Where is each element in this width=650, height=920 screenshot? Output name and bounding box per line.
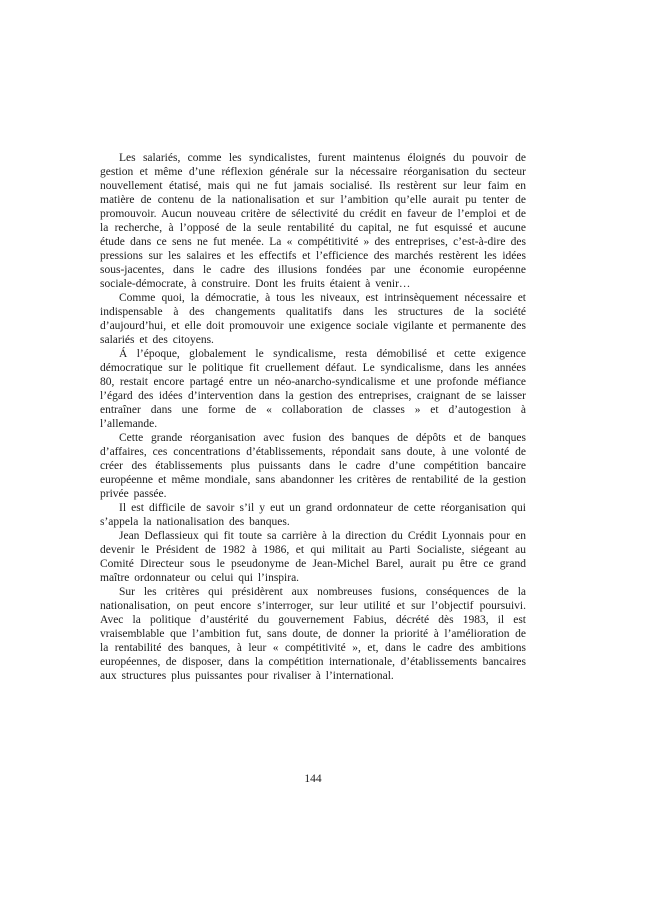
paragraph: Cette grande réorganisation avec fusion … — [100, 431, 526, 501]
paragraph: Á l’époque, globalement le syndicalisme,… — [100, 347, 526, 431]
paragraph: Comme quoi, la démocratie, à tous les ni… — [100, 291, 526, 347]
document-page: Les salariés, comme les syndicalistes, f… — [0, 0, 650, 920]
paragraph: Les salariés, comme les syndicalistes, f… — [100, 151, 526, 291]
paragraph: Sur les critères qui présidèrent aux nom… — [100, 585, 526, 683]
page-number: 144 — [100, 772, 526, 786]
paragraph: Il est difficile de savoir s’il y eut un… — [100, 501, 526, 529]
page-body-text: Les salariés, comme les syndicalistes, f… — [100, 151, 526, 683]
paragraph: Jean Deflassieux qui fit toute sa carriè… — [100, 529, 526, 585]
